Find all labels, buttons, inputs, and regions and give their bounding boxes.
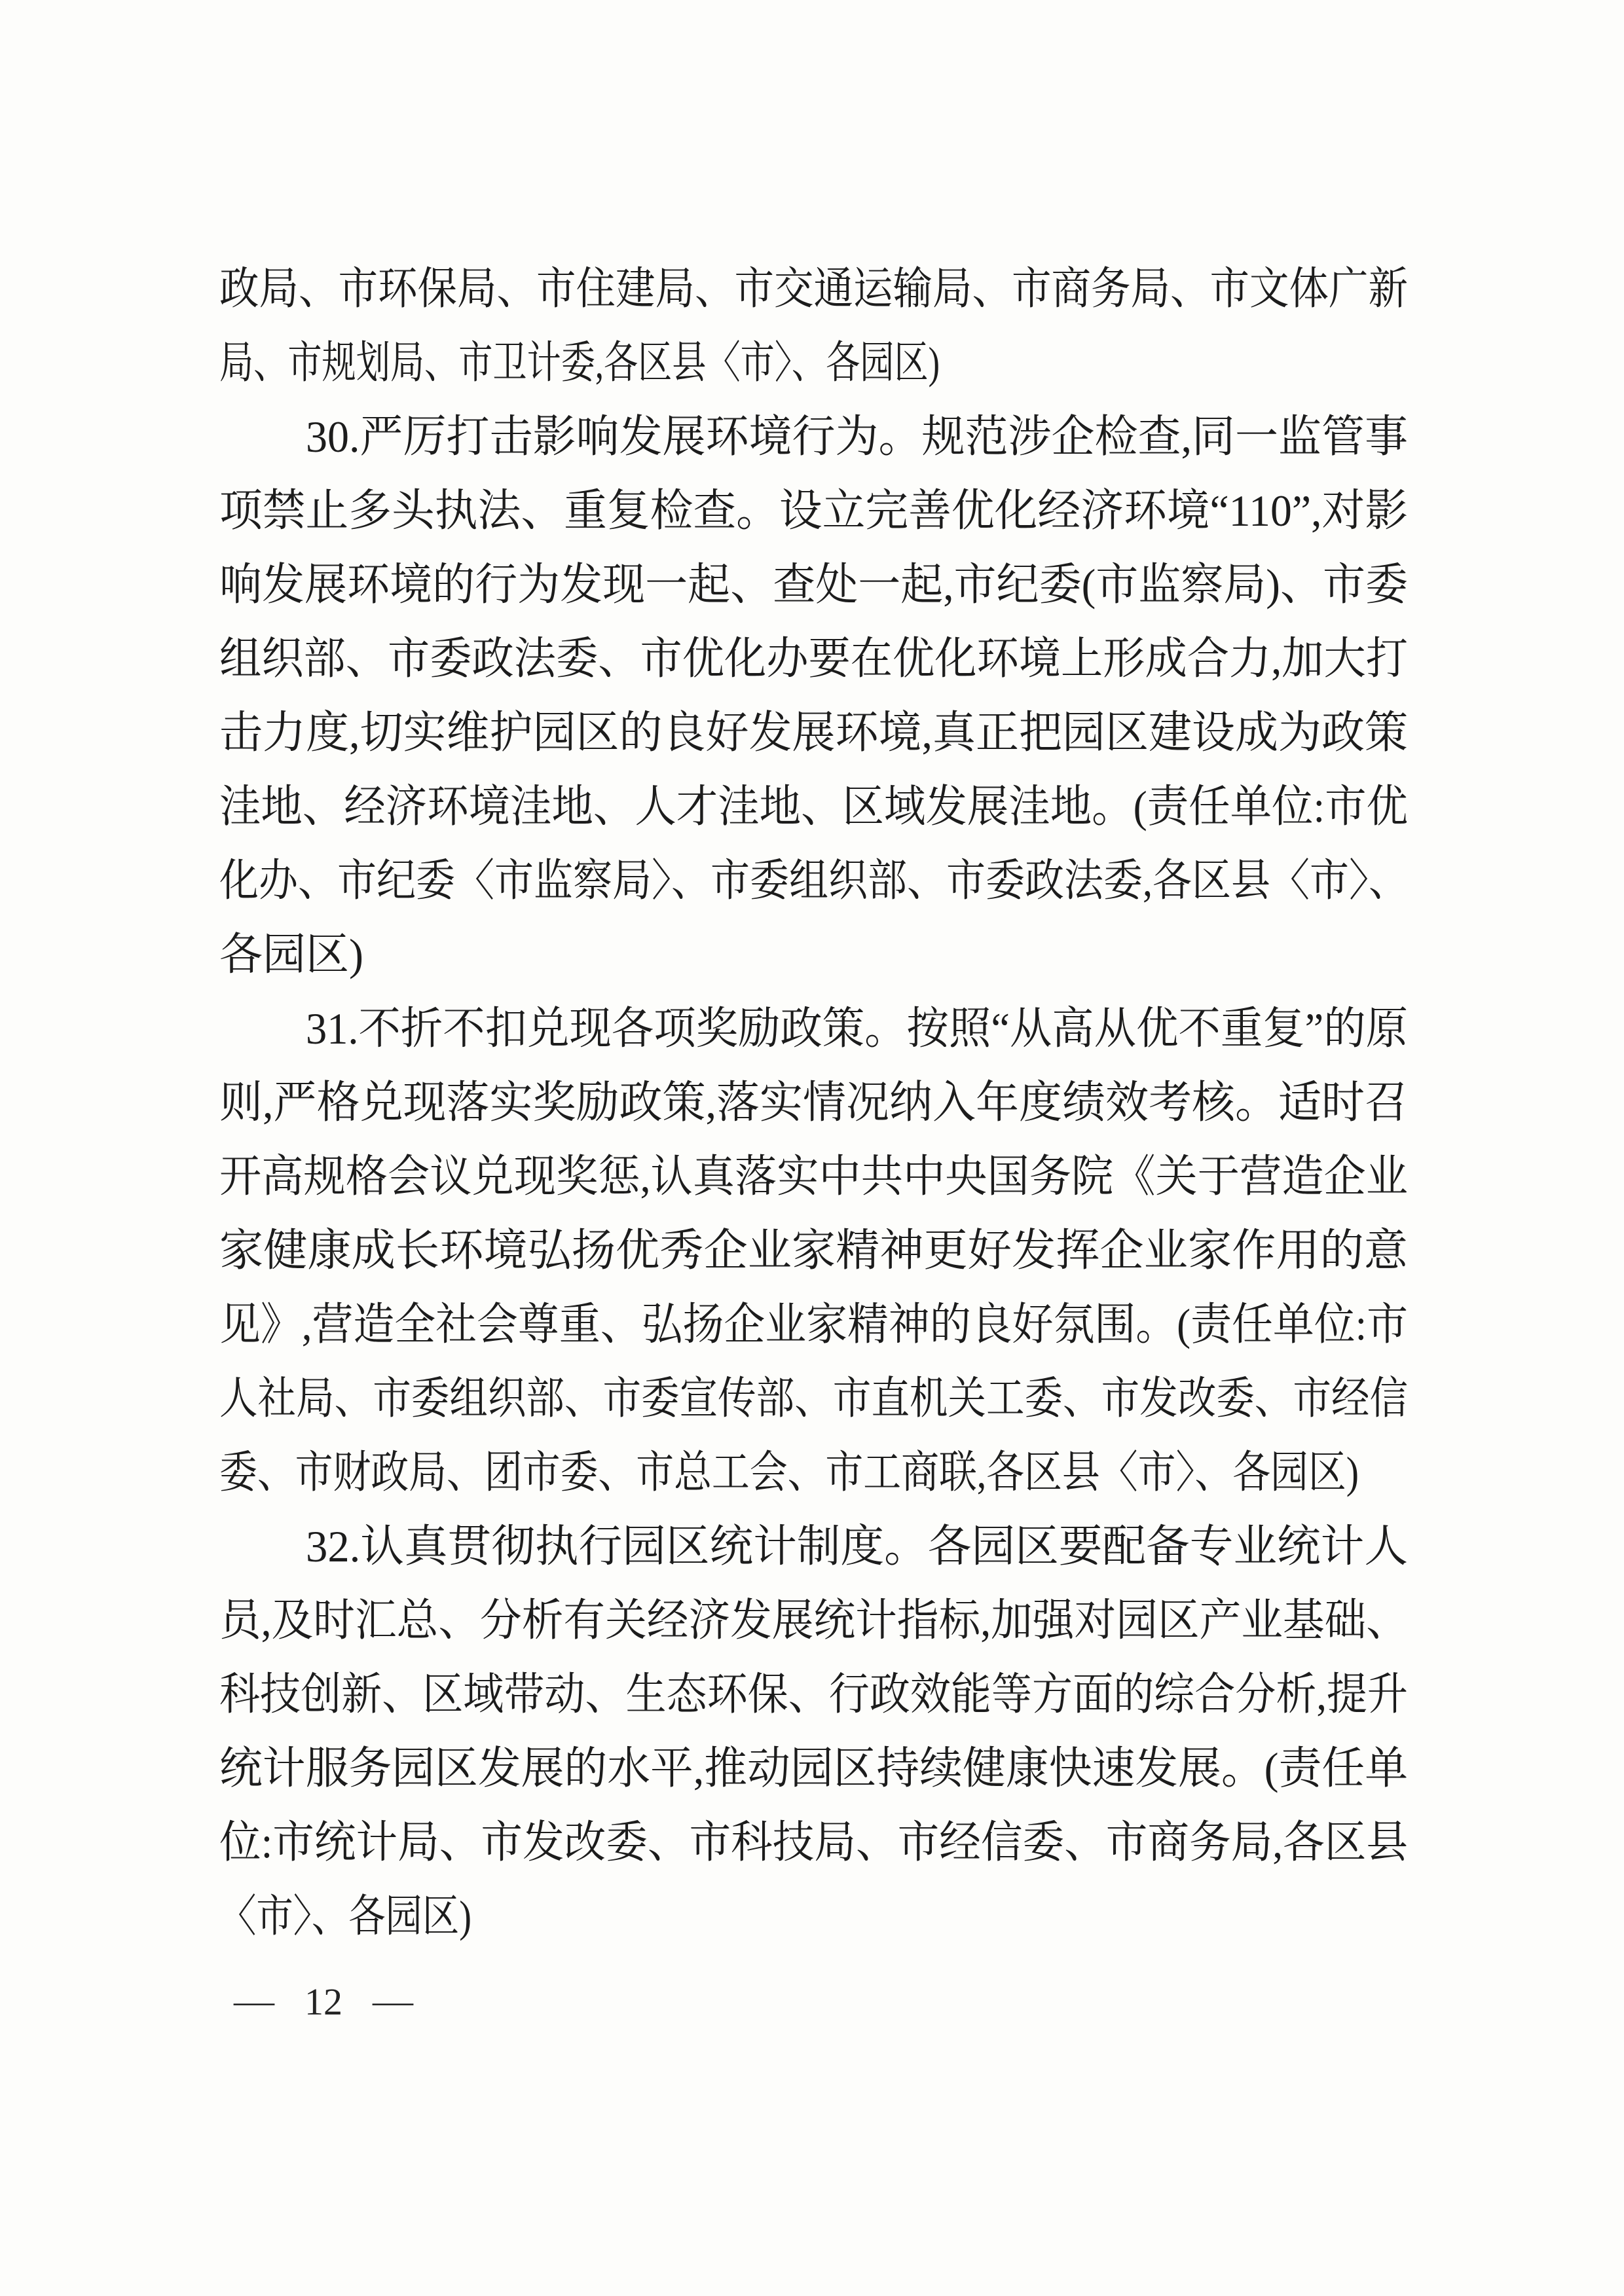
text-line: 见》,营造全社会尊重、弘扬企业家精神的良好氛围。(责任单位:市 — [219, 1288, 1408, 1362]
text-line-item-32: 32.认真贯彻执行园区统计制度。各园区要配备专业统计人 — [219, 1510, 1408, 1584]
footer-dash-right: — — [373, 1982, 413, 2021]
text-line: 则,严格兑现落实奖励政策,落实情况纳入年度绩效考核。适时召 — [219, 1066, 1408, 1140]
text-line: 统计服务园区发展的水平,推动园区持续健康快速发展。(责任单 — [219, 1732, 1408, 1806]
text-line-item-30: 30.严厉打击影响发展环境行为。规范涉企检查,同一监管事 — [219, 400, 1408, 474]
document-text-block: 政局、市环保局、市住建局、市交通运输局、市商务局、市文体广新 局、市规划局、市卫… — [219, 252, 1408, 1954]
text-line: 开高规格会议兑现奖惩,认真落实中共中央国务院《关于营造企业 — [219, 1140, 1408, 1214]
text-line: 人社局、市委组织部、市委宣传部、市直机关工委、市发改委、市经信 — [219, 1362, 1408, 1436]
document-page: 政局、市环保局、市住建局、市交通运输局、市商务局、市文体广新 局、市规划局、市卫… — [0, 0, 1624, 2296]
text-line: 化办、市纪委〈市监察局〉、市委组织部、市委政法委,各区县〈市〉、 — [219, 844, 1408, 918]
text-line: 洼地、经济环境洼地、人才洼地、区域发展洼地。(责任单位:市优 — [219, 770, 1408, 844]
page-number: 12 — [304, 1980, 342, 2024]
text-line: 响发展环境的行为发现一起、查处一起,市纪委(市监察局)、市委 — [219, 548, 1408, 622]
text-line: 科技创新、区域带动、生态环保、行政效能等方面的综合分析,提升 — [219, 1658, 1408, 1732]
text-line-item-31: 31.不折不扣兑现各项奖励政策。按照“从高从优不重复”的原 — [219, 992, 1408, 1066]
text-line: 位:市统计局、市发改委、市科技局、市经信委、市商务局,各区县 — [219, 1806, 1408, 1880]
text-line: 委、市财政局、团市委、市总工会、市工商联,各区县〈市〉、各园区) — [219, 1436, 1408, 1510]
text-line: 〈市〉、各园区) — [219, 1880, 1408, 1954]
text-line: 各园区) — [219, 918, 1408, 992]
text-line: 击力度,切实维护园区的良好发展环境,真正把园区建设成为政策 — [219, 696, 1408, 770]
text-line: 家健康成长环境弘扬优秀企业家精神更好发挥企业家作用的意 — [219, 1214, 1408, 1288]
text-line: 组织部、市委政法委、市优化办要在优化环境上形成合力,加大打 — [219, 622, 1408, 696]
text-line: 员,及时汇总、分析有关经济发展统计指标,加强对园区产业基础、 — [219, 1584, 1408, 1658]
page-footer: — 12 — — [234, 1978, 413, 2025]
footer-dash-left: — — [234, 1982, 274, 2021]
text-line: 项禁止多头执法、重复检查。设立完善优化经济环境“110”,对影 — [219, 474, 1408, 548]
text-line: 政局、市环保局、市住建局、市交通运输局、市商务局、市文体广新 — [219, 252, 1408, 326]
text-line: 局、市规划局、市卫计委,各区县〈市〉、各园区) — [219, 326, 1408, 400]
